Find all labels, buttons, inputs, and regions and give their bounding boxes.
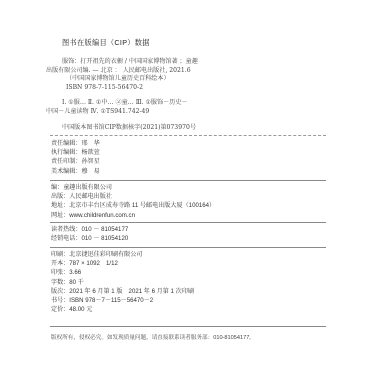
field-value: 010 － 81054120 <box>81 235 128 242</box>
field-value: 孙智星 <box>81 158 99 165</box>
cip-line-isbn: ISBN 978-7-115-56470-2 <box>46 84 346 93</box>
field-value: 童趣出版有限公司 <box>63 184 112 191</box>
copyright-page: 图书在版编目（CIP）数据 服饰：打开祖先的衣橱 / 中国国家博物馆著 ；童趣 … <box>0 0 377 375</box>
contact-row: 读者热线：010 － 81054177 <box>51 225 128 234</box>
cip-record: 服饰：打开祖先的衣橱 / 中国国家博物馆著 ；童趣 出版有限公司编. — 北京 … <box>46 58 346 117</box>
field-label: 定价： <box>51 306 69 313</box>
field-label: 执行编辑： <box>51 149 81 156</box>
field-label: 责任印制： <box>51 158 81 165</box>
field-label: 印张： <box>51 269 69 276</box>
field-value: 杨歆萱 <box>81 149 99 156</box>
field-label: 责任编辑： <box>51 140 81 147</box>
field-label: 书号： <box>51 297 69 304</box>
field-label: 编： <box>51 184 63 191</box>
field-label: 印刷： <box>51 251 69 258</box>
contact-row: 经销电话：010 － 81054120 <box>51 234 128 243</box>
field-value: 3.66 <box>69 269 81 276</box>
field-label: 字数： <box>51 279 69 286</box>
copyright-notice: 版权所有，侵权必究。如发现质量问题，请直接联系读者服务部：010-8105417… <box>51 333 255 341</box>
publisher-block: 编：童趣出版有限公司 出版：人民邮电出版社 地址：北京市丰台区成寿寺路 11 号… <box>51 183 215 220</box>
printing-row: 定价：48.00 元 <box>51 305 194 314</box>
field-value: 010 － 81054177 <box>81 226 128 233</box>
field-value: 北京捷迅佳彩印刷有限公司 <box>69 251 142 258</box>
field-value: ISBN 978－7－115－56470－2 <box>69 297 153 304</box>
staff-block: 责任编辑：邢 华 执行编辑：杨歆萱 责任印制：孙智星 美术编辑：穆 易 <box>51 139 100 176</box>
printing-row: 印张：3.66 <box>51 268 194 277</box>
field-label: 版次： <box>51 288 69 295</box>
field-value: 人民邮电出版社 <box>69 193 112 200</box>
field-label: 出版： <box>51 193 69 200</box>
printing-row: 字数：80 千 <box>51 278 194 287</box>
divider <box>50 180 326 181</box>
field-value: 穆 易 <box>81 168 99 175</box>
publisher-row: 编：童趣出版有限公司 <box>51 183 215 192</box>
field-value: 北京市丰台区成寿寺路 11 号邮电出版大厦（100164） <box>69 202 215 209</box>
divider <box>50 326 326 327</box>
field-label: 开本： <box>51 260 69 267</box>
field-label: 地址： <box>51 202 69 209</box>
contact-block: 读者热线：010 － 81054177 经销电话：010 － 81054120 <box>51 225 128 243</box>
cip-number: 中国版本图书馆CIP数据核字(2021)第073970号 <box>62 122 196 131</box>
field-value: 80 千 <box>69 279 84 286</box>
field-value: 787 × 1092 1/12 <box>69 260 118 267</box>
divider <box>50 247 326 248</box>
field-label: 读者热线： <box>51 226 81 233</box>
field-label: 网址： <box>51 212 69 219</box>
staff-row: 美术编辑：穆 易 <box>51 167 100 176</box>
staff-row: 执行编辑：杨歆萱 <box>51 148 100 157</box>
printing-row: 版次：2021 年 6 月第 1 版 2021 年 6 月第 1 次印刷 <box>51 287 194 296</box>
printing-block: 印刷：北京捷迅佳彩印刷有限公司 开本：787 × 1092 1/12 印张：3.… <box>51 250 194 314</box>
dashed-divider <box>50 135 326 136</box>
cip-line-classification-2: 中国－儿童读物 Ⅳ. ①TS941.742-49 <box>46 108 346 117</box>
cip-line-series: （中国国家博物馆儿童历史百科绘本） <box>46 75 346 84</box>
cip-line-publisher: 出版有限公司编. — 北京 ： 人民邮电出版社, 2021.6 <box>46 67 346 76</box>
printing-row: 开本：787 × 1092 1/12 <box>51 259 194 268</box>
publisher-row: 出版：人民邮电出版社 <box>51 192 215 201</box>
publisher-row: 地址：北京市丰台区成寿寺路 11 号邮电出版大厦（100164） <box>51 201 215 210</box>
field-value: 2021 年 6 月第 1 版 2021 年 6 月第 1 次印刷 <box>69 288 194 295</box>
cip-heading: 图书在版编目（CIP）数据 <box>62 38 150 48</box>
staff-row: 责任印制：孙智星 <box>51 157 100 166</box>
cip-line-classification-1: Ⅰ. ①服… Ⅱ. ①中… ②童… Ⅲ. ①服饰－历史－ <box>46 99 346 108</box>
printing-row: 书号：ISBN 978－7－115－56470－2 <box>51 296 194 305</box>
printing-row: 印刷：北京捷迅佳彩印刷有限公司 <box>51 250 194 259</box>
staff-row: 责任编辑：邢 华 <box>51 139 100 148</box>
website-link[interactable]: www.childrenfun.com.cn <box>69 212 135 219</box>
field-label: 美术编辑： <box>51 168 81 175</box>
field-value: 48.00 元 <box>69 306 92 313</box>
field-label: 经销电话： <box>51 235 81 242</box>
divider <box>50 222 326 223</box>
publisher-row: 网址：www.childrenfun.com.cn <box>51 211 215 220</box>
field-value: 邢 华 <box>81 140 99 147</box>
cip-line-title: 服饰：打开祖先的衣橱 / 中国国家博物馆著 ；童趣 <box>46 58 346 67</box>
